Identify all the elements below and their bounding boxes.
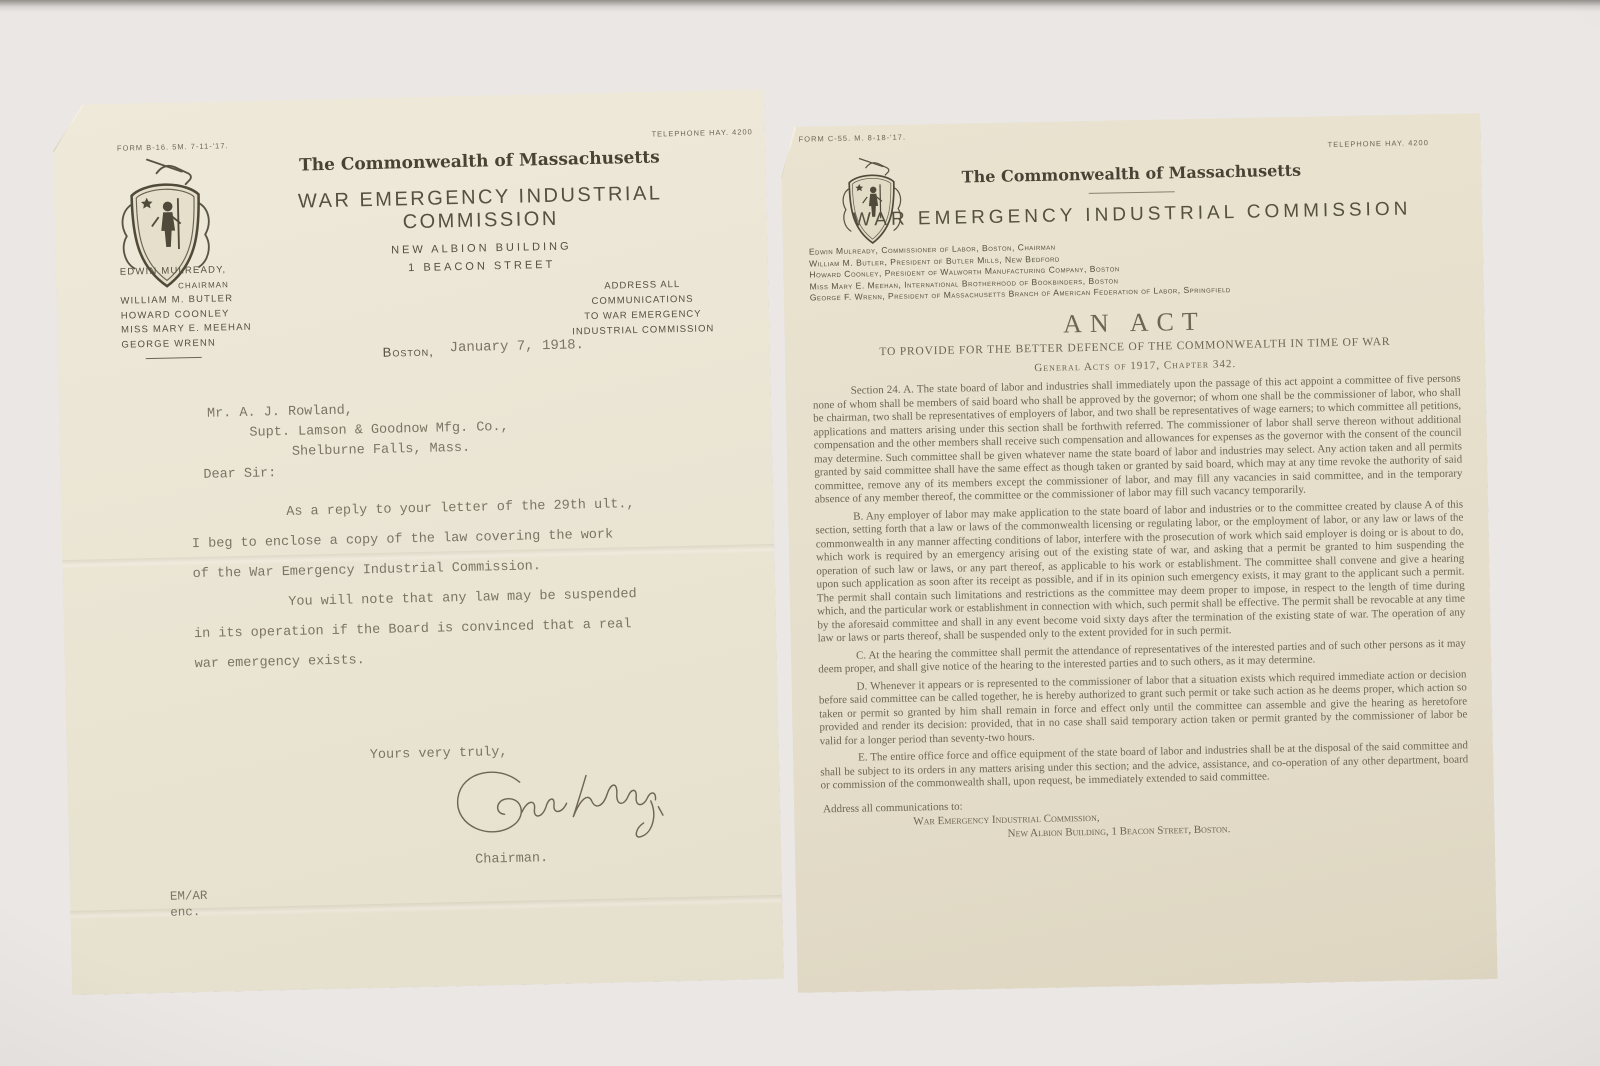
form-number: FORM C-55. M. 8-18-'17.: [799, 133, 907, 144]
member-name: WILLIAM M. BUTLER: [120, 292, 251, 309]
letter-page: FORM B-16. 5M. 7-11-'17. TELEPHONE HAY. …: [52, 89, 784, 995]
letterhead: The Commonwealth of Massachusetts WAR EM…: [221, 146, 740, 279]
enclosure-line: enc.: [170, 904, 208, 921]
ref-line: EM/AR: [170, 888, 208, 905]
photo-backdrop: FORM B-16. 5M. 7-11-'17. TELEPHONE HAY. …: [0, 0, 1600, 1066]
salutation: Dear Sir:: [203, 466, 276, 483]
telephone-note: TELEPHONE HAY. 4200: [651, 127, 752, 138]
city-label: Boston,: [383, 344, 434, 360]
act-footer: Address all communications to: War Emerg…: [821, 789, 1470, 844]
commission-name: WAR EMERGENCY INDUSTRIAL COMMISSION: [222, 181, 739, 239]
commission-members-list: Edwin Mulready, Commissioner of Labor, B…: [809, 238, 1231, 304]
act-page: FORM C-55. M. 8-18-'17. TELEPHONE HAY. 4…: [780, 113, 1497, 993]
member-name: GEORGE WRENN: [121, 335, 252, 352]
act-paragraph-d: D. Whenever it appears or is represented…: [819, 668, 1468, 748]
telephone-note: TELEPHONE HAY. 4200: [1327, 138, 1428, 149]
letterhead: The Commonwealth of Massachusetts WAR EM…: [821, 158, 1442, 232]
member-name: MISS MARY E. MEEHAN: [121, 321, 252, 338]
folded-corner: [780, 127, 797, 179]
commonwealth-title: The Commonwealth of Massachusetts: [821, 158, 1441, 189]
recipient-address: Mr. A. J. Rowland, Supt. Lamson & Goodno…: [207, 398, 510, 465]
act-paragraph-e: E. The entire office force and office eq…: [820, 739, 1469, 792]
letter-body: As a reply to your letter of the 29th ul…: [191, 489, 675, 680]
backdrop-top-shadow: [0, 0, 1600, 12]
folded-corner: [52, 104, 85, 153]
signer-title: Chairman.: [475, 851, 548, 868]
divider: [1089, 191, 1175, 194]
typed-date: January 7, 1918.: [449, 337, 584, 356]
divider: [146, 357, 202, 359]
commonwealth-title: The Commonwealth of Massachusetts: [221, 146, 737, 178]
commission-members-list: EDWIN MULREADY, CHAIRMAN WILLIAM M. BUTL…: [120, 263, 253, 360]
form-number: FORM B-16. 5M. 7-11-'17.: [117, 141, 229, 153]
act-paragraph-b: B. Any employer of labor may make applic…: [815, 498, 1466, 646]
act-body: Section 24. A. The state board of labor …: [813, 373, 1470, 844]
address-all-communications-note: ADDRESS ALL COMMUNICATIONS TO WAR EMERGE…: [554, 276, 731, 340]
commission-name: WAR EMERGENCY INDUSTRIAL COMMISSION: [822, 198, 1442, 232]
act-paragraph-a: Section 24. A. The state board of labor …: [813, 373, 1463, 507]
note-line: ADDRESS ALL COMMUNICATIONS: [554, 276, 731, 310]
reference-initials: EM/AR enc.: [170, 888, 208, 921]
